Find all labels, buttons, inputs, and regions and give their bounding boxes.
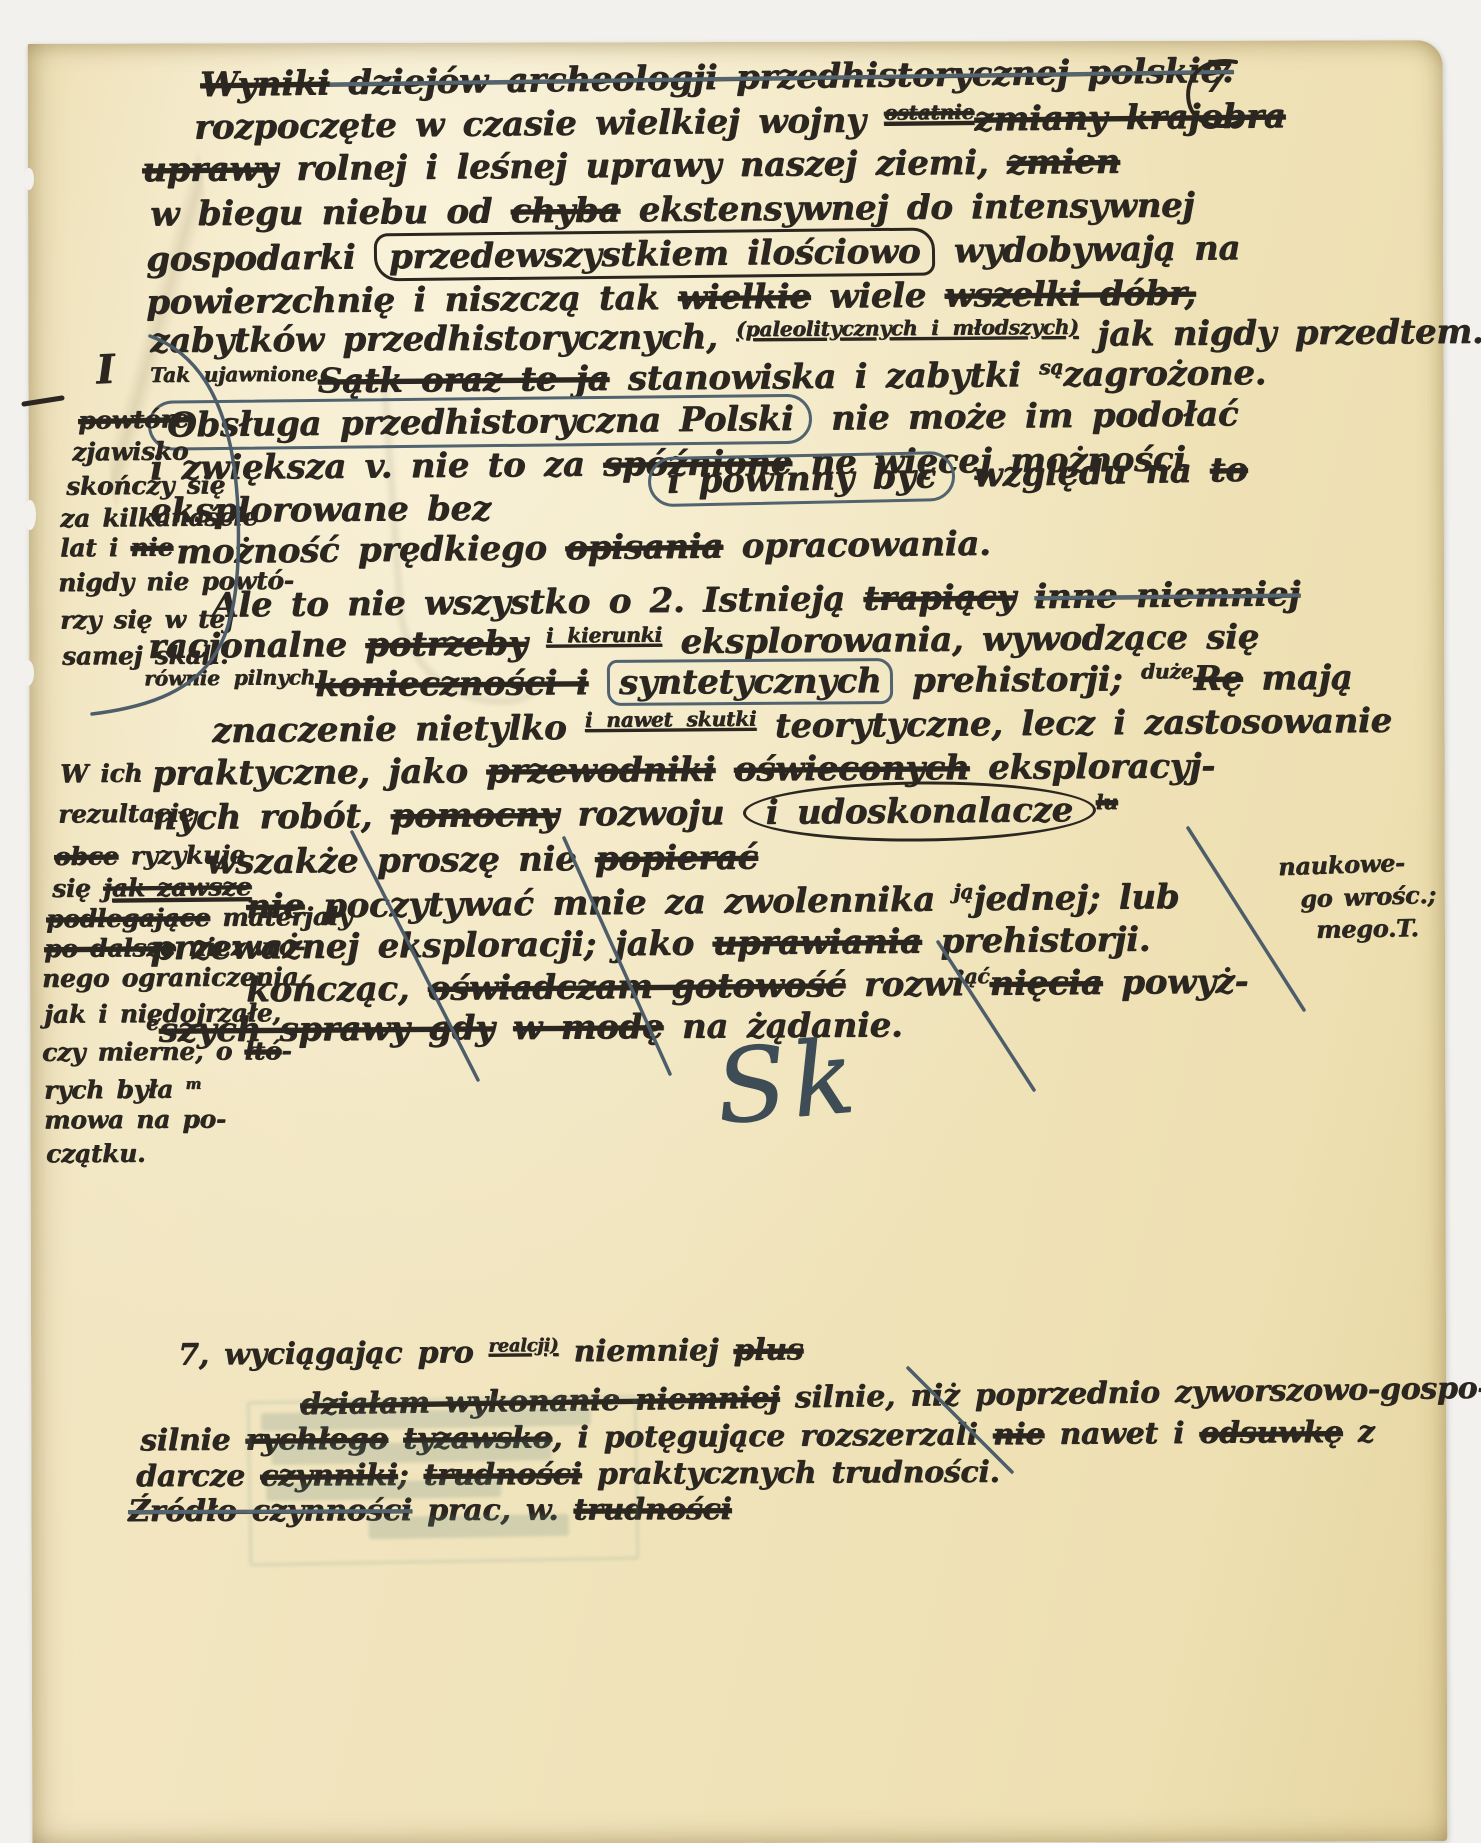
handwriting-segment: rezultacie <box>58 798 195 828</box>
handwriting-segment: wydobywają na <box>935 228 1240 271</box>
handwriting-segment: i udoskonalacze <box>742 780 1096 843</box>
handwriting-segment <box>527 623 546 663</box>
handwriting-segment <box>494 1008 513 1048</box>
handwriting-segment: Obsługa przedhistoryczna Polski <box>148 394 813 451</box>
handwriting-segment: to <box>1209 450 1248 491</box>
handwriting-segment: powtóre <box>78 404 189 435</box>
margin-note-line: rych była m <box>44 1075 201 1104</box>
margin-note-line: się jak zawsze <box>52 873 252 903</box>
handwriting-segment: rozwoju <box>559 793 743 835</box>
handwriting-segment: w modę <box>513 1007 664 1048</box>
handwriting-segment: W ich <box>60 759 142 789</box>
manuscript-line: kończąc, oświadczam gotowość rozwiąćnięc… <box>246 964 1248 1010</box>
handwriting-segment: nie <box>130 533 173 562</box>
manuscript-line: zabytków przedhistorycznych, (paleolityc… <box>150 313 1481 361</box>
manuscript-line: i powinny być względu na to <box>648 452 1248 502</box>
handwriting-segment: oświadczam gotowość <box>428 965 846 1009</box>
handwriting-segment: potrzeby <box>365 624 527 665</box>
handwriting-segment: znaczenie nietylko <box>212 708 585 751</box>
handwriting-segment: praktyczne, jako <box>152 751 486 793</box>
handwriting-segment: opisania <box>565 527 723 569</box>
handwriting-segment: powyż- <box>1102 962 1248 1003</box>
manuscript-line: praktyczne, jako przewodniki oświeconych… <box>152 748 1215 793</box>
handwriting-segment: ekstensywnej do intensywnej <box>620 185 1195 230</box>
handwriting-segment: wszakże proszę nie <box>206 839 595 882</box>
margin-note-line: rezultacie <box>58 799 195 828</box>
margin-note-line: W ich <box>60 760 142 788</box>
handwriting-segment: silnie, niż poprzednio zyworszowo-gospo- <box>779 1370 1481 1415</box>
handwriting-segment: rzy się w tej <box>60 604 234 634</box>
handwriting-segment: się <box>52 874 103 904</box>
handwriting-segment: krajobra <box>1107 96 1286 138</box>
margin-note-line: czy mierne, o łtó- <box>42 1037 292 1066</box>
handwriting-segment: po dalsze <box>44 933 176 963</box>
handwriting-segment <box>715 750 734 790</box>
handwriting-segment: inne niemniej <box>1034 574 1300 617</box>
handwriting-segment: trapiący <box>863 577 1016 619</box>
scan-background: 7 Wyniki dziejów archeologji przedhistor… <box>0 0 1481 1843</box>
handwriting-segment: uprawy <box>142 149 278 190</box>
handwriting-segment: uprawiania <box>712 922 922 964</box>
manuscript-line: nie poczytywać mnie za zwolennika ją jed… <box>246 879 1179 926</box>
handwriting-segment: obce <box>54 841 118 871</box>
handwriting-segment: ostatnie <box>884 101 975 124</box>
handwriting-segment: praktycznych trudności. <box>581 1455 999 1492</box>
handwriting-segment: łtó <box>244 1036 281 1065</box>
handwriting-segment: go wrośc.; <box>1300 880 1437 914</box>
side-note-line: mego.T. <box>1316 915 1419 943</box>
handwriting-segment: wszelki dóbr, <box>944 273 1196 315</box>
handwriting-segment: mego.T. <box>1316 913 1419 944</box>
handwriting-segment: i powinny być <box>648 451 956 507</box>
manuscript-line: gospodarki przedewszystkiem ilościowo wy… <box>146 230 1240 279</box>
margin-note-line: I <box>95 348 116 393</box>
stamp-ghost <box>247 1395 640 1567</box>
handwriting-segment: - <box>281 1036 291 1065</box>
margin-note-line: skończy się <box>66 471 225 500</box>
handwriting-segment: eksploracyj- <box>969 746 1215 788</box>
handwriting-segment: zabytków przedhistorycznych, <box>150 317 736 361</box>
margin-note-line: rzy się w tej <box>60 605 234 634</box>
handwriting-segment: z <box>1342 1415 1374 1450</box>
handwriting-segment: naukowe- <box>1278 848 1406 881</box>
handwriting-segment: realcji) <box>488 1336 558 1356</box>
manuscript-line: wszakże proszę nie popierać <box>206 840 758 882</box>
postscript-line: 7, wyciągając pro realcji) niemniej plus <box>178 1333 803 1371</box>
margin-note-line: jak i niedojrzałe, <box>44 999 281 1028</box>
manuscript-lines: Wyniki dziejów archeologji przedhistoryc… <box>0 0 1481 1843</box>
handwriting-segment <box>1016 577 1035 617</box>
handwriting-segment: Tak ujawnione <box>150 363 318 387</box>
manuscript-line: równie pilnych konieczności i syntetyczn… <box>144 660 1353 706</box>
handwriting-segment: ąć <box>964 965 989 988</box>
handwriting-segment: względu na <box>954 451 1210 496</box>
handwriting-segment: rych była <box>44 1075 186 1105</box>
handwriting-segment: w biegu niebu od <box>150 191 511 234</box>
handwriting-segment: zagrożone. <box>1063 353 1266 395</box>
handwriting-segment: Ale to nie wszystko o 2. Istnieją <box>212 579 864 626</box>
handwriting-segment: nego ograniczenia, <box>42 962 307 993</box>
margin-note-line: nigdy nie powtó- <box>58 567 294 597</box>
side-note-line: go wrośc.; <box>1300 882 1437 913</box>
handwriting-segment: i kierunki <box>546 624 662 647</box>
handwriting-segment: 7, wyciągając pro <box>178 1335 489 1373</box>
signature: Sk <box>712 1026 864 1140</box>
handwriting-segment: syntetycznych <box>607 658 894 706</box>
handwriting-segment: Rę <box>1193 659 1243 699</box>
handwriting-segment: popierać <box>595 838 758 879</box>
handwriting-segment: podlegające <box>46 903 210 933</box>
handwriting-segment: ją <box>953 880 973 903</box>
handwriting-segment: mowa na po- <box>44 1105 226 1135</box>
handwriting-segment: lat i <box>60 533 131 563</box>
handwriting-segment: mają <box>1242 658 1352 699</box>
handwriting-segment: poczytywać mnie za zwolennika <box>304 879 953 926</box>
handwriting-segment: rolnej i leśnej uprawy naszej ziemi, <box>278 143 1007 189</box>
handwriting-segment: nięcia <box>989 963 1102 1004</box>
handwriting-segment: niemniej <box>558 1333 733 1370</box>
handwriting-segment: czy mierne, o <box>42 1036 245 1066</box>
handwriting-segment: nigdy nie powtó- <box>58 566 294 597</box>
side-note-line: naukowe- <box>1278 850 1405 881</box>
handwriting-segment: ryzykuje <box>118 840 245 870</box>
handwriting-segment: duże <box>1141 660 1194 683</box>
handwriting-segment: nie <box>993 1417 1045 1452</box>
manuscript-line: uprawy rolnej i leśnej uprawy naszej zie… <box>142 144 1120 190</box>
handwriting-segment: gospodarki <box>146 237 374 279</box>
manuscript-line: rozpoczęte w czasie wielkiej wojny ostat… <box>194 98 1286 147</box>
handwriting-segment: lu <box>1096 791 1118 814</box>
handwriting-segment: zmien <box>1007 142 1120 183</box>
manuscript-line: możność prędkiego opisania opracowania. <box>176 526 991 572</box>
handwriting-segment: chyba <box>510 190 620 231</box>
handwriting-segment: darcze <box>136 1459 260 1495</box>
handwriting-segment: stanowiska i zabytki <box>609 355 1039 399</box>
handwriting-segment: wiele <box>810 276 944 317</box>
handwriting-segment: skończy się <box>66 470 225 500</box>
handwriting-segment: czątku. <box>46 1139 145 1169</box>
handwriting-segment: opracowania. <box>723 524 991 567</box>
handwriting-segment: przedewszystkiem ilościowo <box>374 227 936 281</box>
handwriting-segment: eksplorowania, wywodzące się <box>662 617 1259 662</box>
handwriting-segment: wielkie <box>678 277 811 318</box>
handwriting-segment: rozwi <box>845 964 964 1005</box>
manuscript-line: w biegu niebu od chyba ekstensywnej do i… <box>150 187 1195 234</box>
handwriting-segment: i nawet skutki <box>585 708 757 732</box>
margin-note-line: podlegające materjały <box>46 903 352 933</box>
scanned-manuscript: { "page": { "number": "7" }, "signature"… <box>0 0 1481 1843</box>
handwriting-segment <box>588 663 607 703</box>
handwriting-segment: materjały <box>210 902 353 932</box>
handwriting-segment: jak nigdy przedtem. To nie <box>1078 311 1481 355</box>
handwriting-segment: (paleolitycznych i młodszych) <box>736 316 1079 341</box>
handwriting-segment: jak i niedojrzałe, <box>44 998 281 1029</box>
margin-note-line: obce ryzykuje <box>54 841 245 870</box>
margin-note-line: samej skali. <box>62 641 228 670</box>
handwriting-segment: konieczności i <box>315 663 589 705</box>
margin-note-line: czątku. <box>46 1140 145 1168</box>
handwriting-segment: zjawisko <box>72 436 188 466</box>
handwriting-segment: nawet i <box>1044 1416 1199 1452</box>
handwriting-segment: silnie <box>140 1423 246 1459</box>
handwriting-segment: prehistorji. <box>922 920 1151 962</box>
handwriting-segment: rozpoczęte w czasie wielkiej wojny <box>194 100 884 147</box>
handwriting-segment: jednej; lub <box>973 877 1179 919</box>
handwriting-segment: dziejów archeologji przedhistorycznej <box>329 53 1087 104</box>
handwriting-segment: odsuwkę <box>1199 1415 1343 1451</box>
handwriting-segment: prehistorji; <box>893 659 1141 701</box>
margin-note-line: mowa na po- <box>44 1106 226 1134</box>
handwriting-segment: powierzchnię i niszczą tak <box>146 278 678 323</box>
manuscript-line: znaczenie nietylko i nawet skutki teoryt… <box>212 703 1392 751</box>
handwriting-segment: jak zawsze <box>103 872 252 903</box>
manuscript-line: Obsługa przedhistoryczna Polski nie może… <box>148 396 1239 445</box>
handwriting-segment: nie może im podołać <box>812 394 1238 438</box>
handwriting-segment: m <box>185 1076 201 1093</box>
handwriting-segment: samej skali. <box>62 640 228 670</box>
handwriting-segment: Sątk oraz te ja <box>318 359 610 402</box>
manuscript-line: Wyniki dziejów archeologji przedhistoryc… <box>200 53 1234 105</box>
handwriting-segment: zmiany <box>974 98 1107 139</box>
handwriting-segment: są <box>1039 356 1063 379</box>
handwriting-segment: polskie. <box>1087 51 1234 93</box>
handwriting-segment: I <box>95 346 116 394</box>
handwriting-segment: pomocny <box>390 795 559 836</box>
margin-note-line: po dalsze niezwro- <box>44 933 305 963</box>
margin-note-line: zjawisko <box>72 437 188 466</box>
margin-note-line: lat i nie <box>60 534 173 562</box>
margin-note-line: za kilkanaście <box>60 503 258 532</box>
manuscript-line: nych robót, pomocny rozwoju i udoskonala… <box>152 792 1118 838</box>
handwriting-segment: za kilkanaście <box>60 502 258 533</box>
handwriting-segment: Wyniki <box>200 63 330 105</box>
margin-note-line: nego ograniczenia, <box>42 963 307 992</box>
margin-note-line: powtóre <box>78 405 189 434</box>
handwriting-segment: plus <box>733 1332 803 1368</box>
handwriting-segment: przewodniki <box>486 750 715 792</box>
stamp-ghost-text-row <box>369 1514 569 1539</box>
handwriting-segment: teorytyczne, lecz i zastosowanie <box>756 701 1392 747</box>
handwriting-segment: niezwro- <box>175 932 305 962</box>
